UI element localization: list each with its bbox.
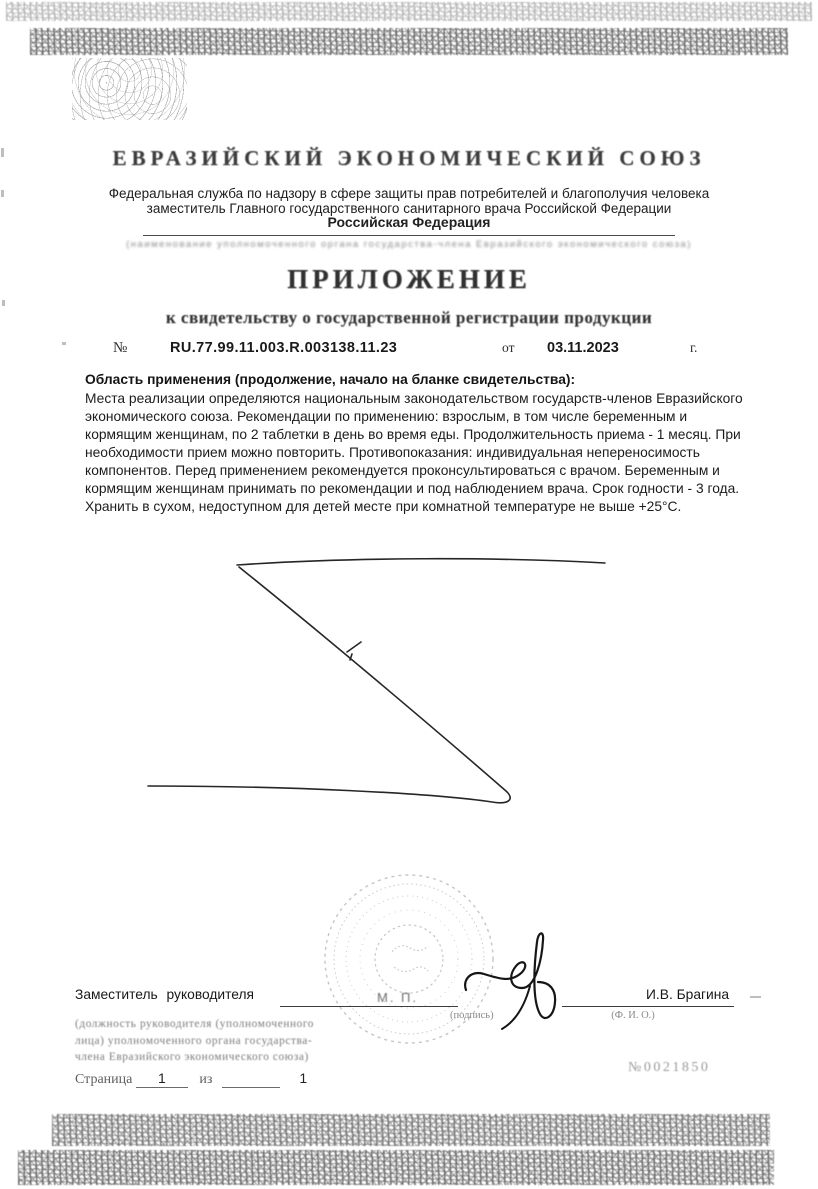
page-number-blank: 1	[136, 1070, 188, 1088]
position-caption-line: (должность руководителя (уполномоченного	[75, 1016, 385, 1033]
stamp-place-label: М. П.	[377, 990, 418, 1005]
number-label: №	[113, 340, 127, 357]
page-counter: Страница 1 из 1	[75, 1070, 307, 1088]
signer-name-caption: (Ф. И. О.)	[585, 1010, 681, 1021]
stamp-smudge	[72, 58, 187, 120]
total-pages: 1	[299, 1070, 307, 1086]
name-line	[562, 1006, 734, 1007]
page-label: Страница	[75, 1072, 132, 1087]
signature-line	[280, 1006, 458, 1007]
date-label: от	[502, 340, 514, 356]
guilloche-border-bottom-inner	[52, 1114, 770, 1146]
blank-form-number: №0021850	[628, 1060, 710, 1076]
authority-line-1: Федеральная служба по надзору в сфере за…	[0, 186, 818, 201]
scope-heading: Область применения (продолжение, начало …	[85, 372, 747, 387]
position-caption-line: лица) уполномоченного органа государства…	[75, 1033, 385, 1050]
year-suffix: г.	[690, 340, 697, 356]
issuing-country-caption: (наименование уполномоченного органа гос…	[0, 239, 818, 250]
document-title: ПРИЛОЖЕНИЕ	[0, 264, 818, 295]
guilloche-border-top-outer	[6, 2, 812, 21]
position-caption: (должность руководителя (уполномоченного…	[75, 1016, 385, 1066]
scan-artifact	[2, 300, 5, 306]
position-caption-line: члена Евразийского экономического союза)	[75, 1049, 385, 1066]
scanned-certificate-page: ЕВРАЗИЙСКИЙ ЭКОНОМИЧЕСКИЙ СОЮЗ Федеральн…	[0, 0, 818, 1189]
registration-number-row: № RU.77.99.11.003.R.003138.11.23 от 03.1…	[0, 340, 818, 360]
registration-date: 03.11.2023	[547, 340, 619, 356]
document-subtitle: к свидетельству о государственной регист…	[0, 308, 818, 328]
registration-number: RU.77.99.11.003.R.003138.11.23	[170, 340, 397, 356]
scope-text: Места реализации определяются национальн…	[85, 390, 747, 515]
signer-name: И.В. Брагина	[646, 987, 729, 1002]
signer-position: Заместитель руководителя	[75, 987, 254, 1002]
signature-caption: (подпись)	[450, 1010, 494, 1021]
application-scope-section: Область применения (продолжение, начало …	[85, 372, 747, 515]
total-pages-blank	[222, 1070, 280, 1088]
of-label: из	[199, 1072, 212, 1087]
issuing-country: Российская Федерация	[143, 214, 675, 236]
guilloche-border-bottom-outer	[18, 1150, 774, 1185]
guilloche-border-top-inner	[30, 28, 788, 55]
handwritten-strikeout	[140, 548, 620, 810]
scan-artifact	[750, 996, 761, 998]
union-title: ЕВРАЗИЙСКИЙ ЭКОНОМИЧЕСКИЙ СОЮЗ	[0, 146, 818, 171]
